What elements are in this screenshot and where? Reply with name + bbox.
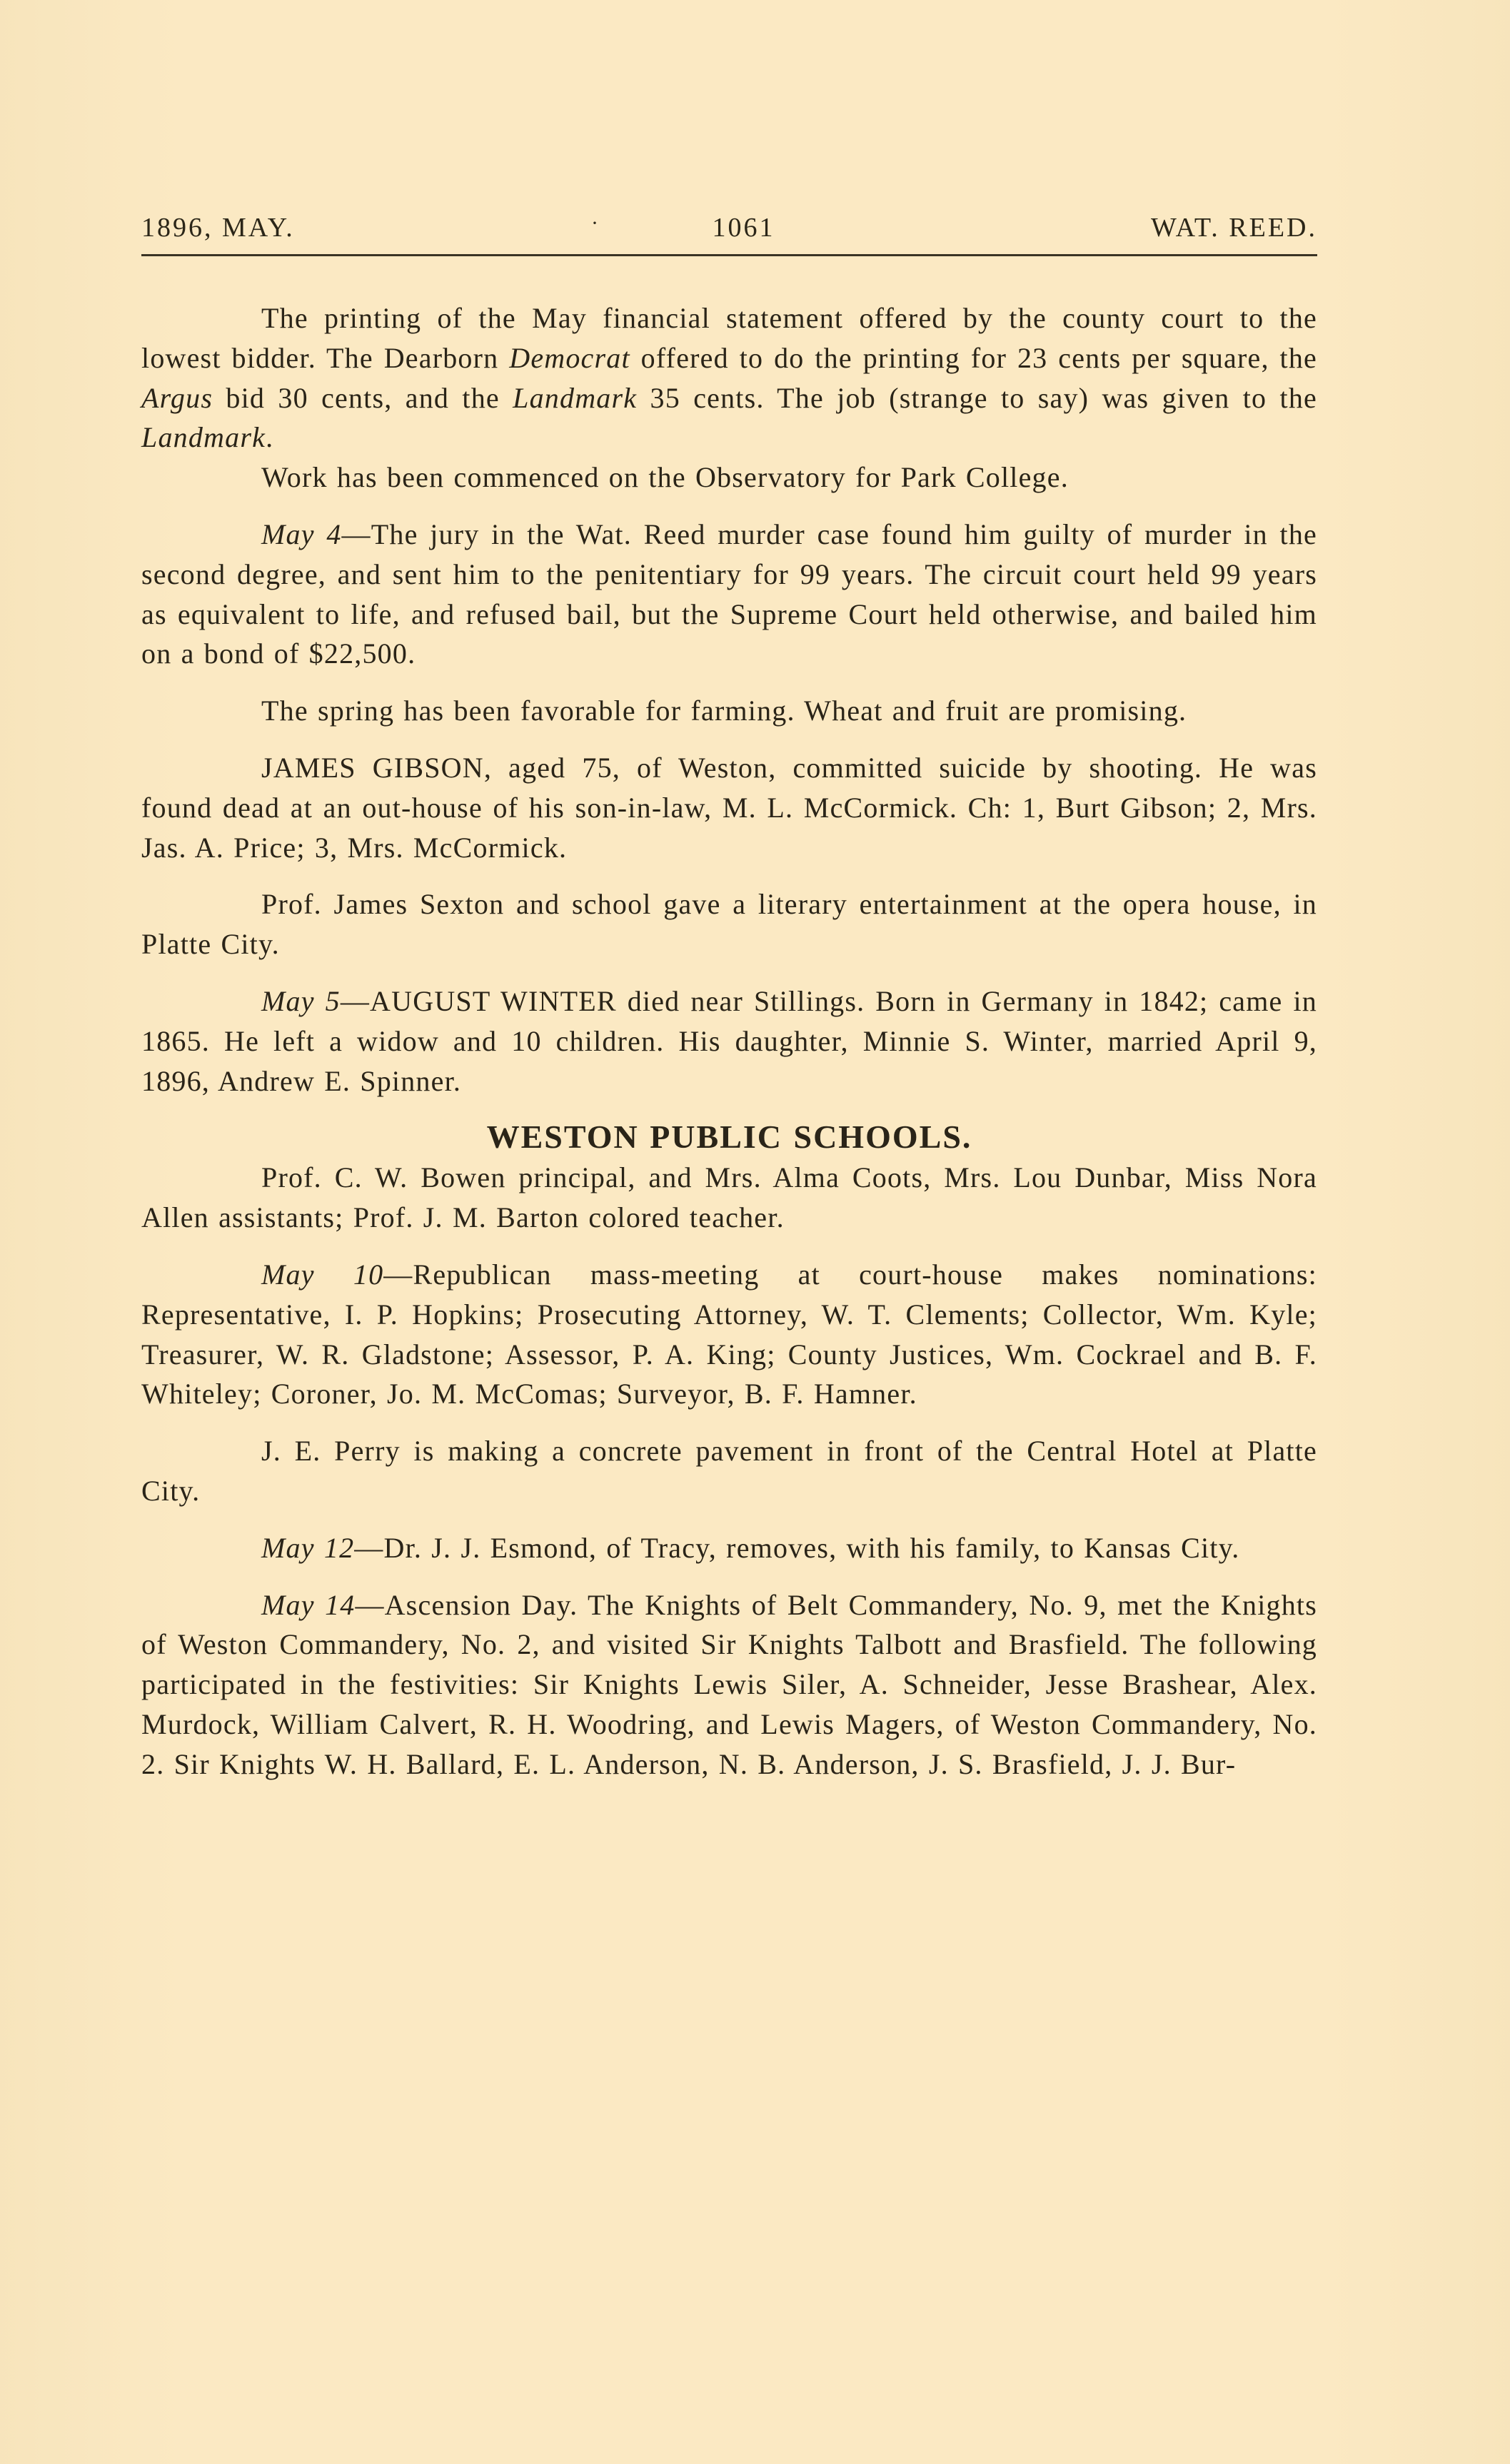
text-run: —Dr. J. J. Esmond, of Tracy, removes, wi… <box>354 1532 1239 1564</box>
paragraph-weston-schools: Prof. C. W. Bowen principal, and Mrs. Al… <box>141 1158 1317 1238</box>
paragraph-may-4: May 4—The jury in the Wat. Reed murder c… <box>141 515 1317 674</box>
paragraph-may-12: May 12—Dr. J. J. Esmond, of Tracy, remov… <box>141 1528 1317 1568</box>
running-head-subject: WAT. REED. <box>1151 211 1317 244</box>
paragraph-printing-bid: The printing of the May financial statem… <box>141 298 1317 458</box>
paragraph-sexton: Prof. James Sexton and school gave a lit… <box>141 884 1317 964</box>
text-run: Work has been commenced on the Observato… <box>261 461 1069 493</box>
paragraph-observatory: Work has been commenced on the Observato… <box>141 458 1317 498</box>
text-run: Prof. C. W. Bowen principal, and Mrs. Al… <box>141 1161 1317 1233</box>
text-run: Prof. James Sexton and school gave a lit… <box>141 888 1317 960</box>
paragraph-may-10: May 10—Republican mass-meeting at court-… <box>141 1255 1317 1414</box>
text-run: bid 30 cents, and the <box>213 382 513 414</box>
text-run: J. E. Perry is making a concrete pavemen… <box>141 1435 1317 1507</box>
page-body: The printing of the May financial statem… <box>141 298 1317 1784</box>
text-run: 35 cents. The job (strange to say) was g… <box>637 382 1317 414</box>
text-run: . <box>266 421 273 453</box>
entry-date: May 14 <box>261 1589 355 1621</box>
paragraph-james-gibson: JAMES GIBSON, aged 75, of Weston, commit… <box>141 748 1317 867</box>
entry-date: May 4 <box>261 518 342 550</box>
running-head: 1896, MAY. · 1061 WAT. REED. <box>141 211 1317 244</box>
entry-date: May 10 <box>261 1258 383 1291</box>
paragraph-spring: The spring has been favorable for farmin… <box>141 691 1317 731</box>
paragraph-perry: J. E. Perry is making a concrete pavemen… <box>141 1431 1317 1511</box>
newspaper-title: Democrat <box>509 342 630 374</box>
newspaper-title: Argus <box>141 382 213 414</box>
text-run: The spring has been favorable for farmin… <box>261 695 1187 727</box>
header-rule <box>141 254 1317 256</box>
entry-date: May 5 <box>261 985 341 1017</box>
page-number: 1061 <box>141 211 1317 244</box>
entry-date: May 12 <box>261 1532 354 1564</box>
paragraph-may-5: May 5—AUGUST WINTER died near Stillings.… <box>141 981 1317 1101</box>
newspaper-title: Landmark <box>141 421 266 453</box>
paragraph-may-14: May 14—Ascension Day. The Knights of Bel… <box>141 1585 1317 1784</box>
text-run: JAMES GIBSON, aged 75, of Weston, commit… <box>141 752 1317 864</box>
section-heading: WESTON PUBLIC SCHOOLS. <box>141 1116 1317 1158</box>
text-run: offered to do the printing for 23 cents … <box>630 342 1317 374</box>
newspaper-title: Landmark <box>513 382 637 414</box>
